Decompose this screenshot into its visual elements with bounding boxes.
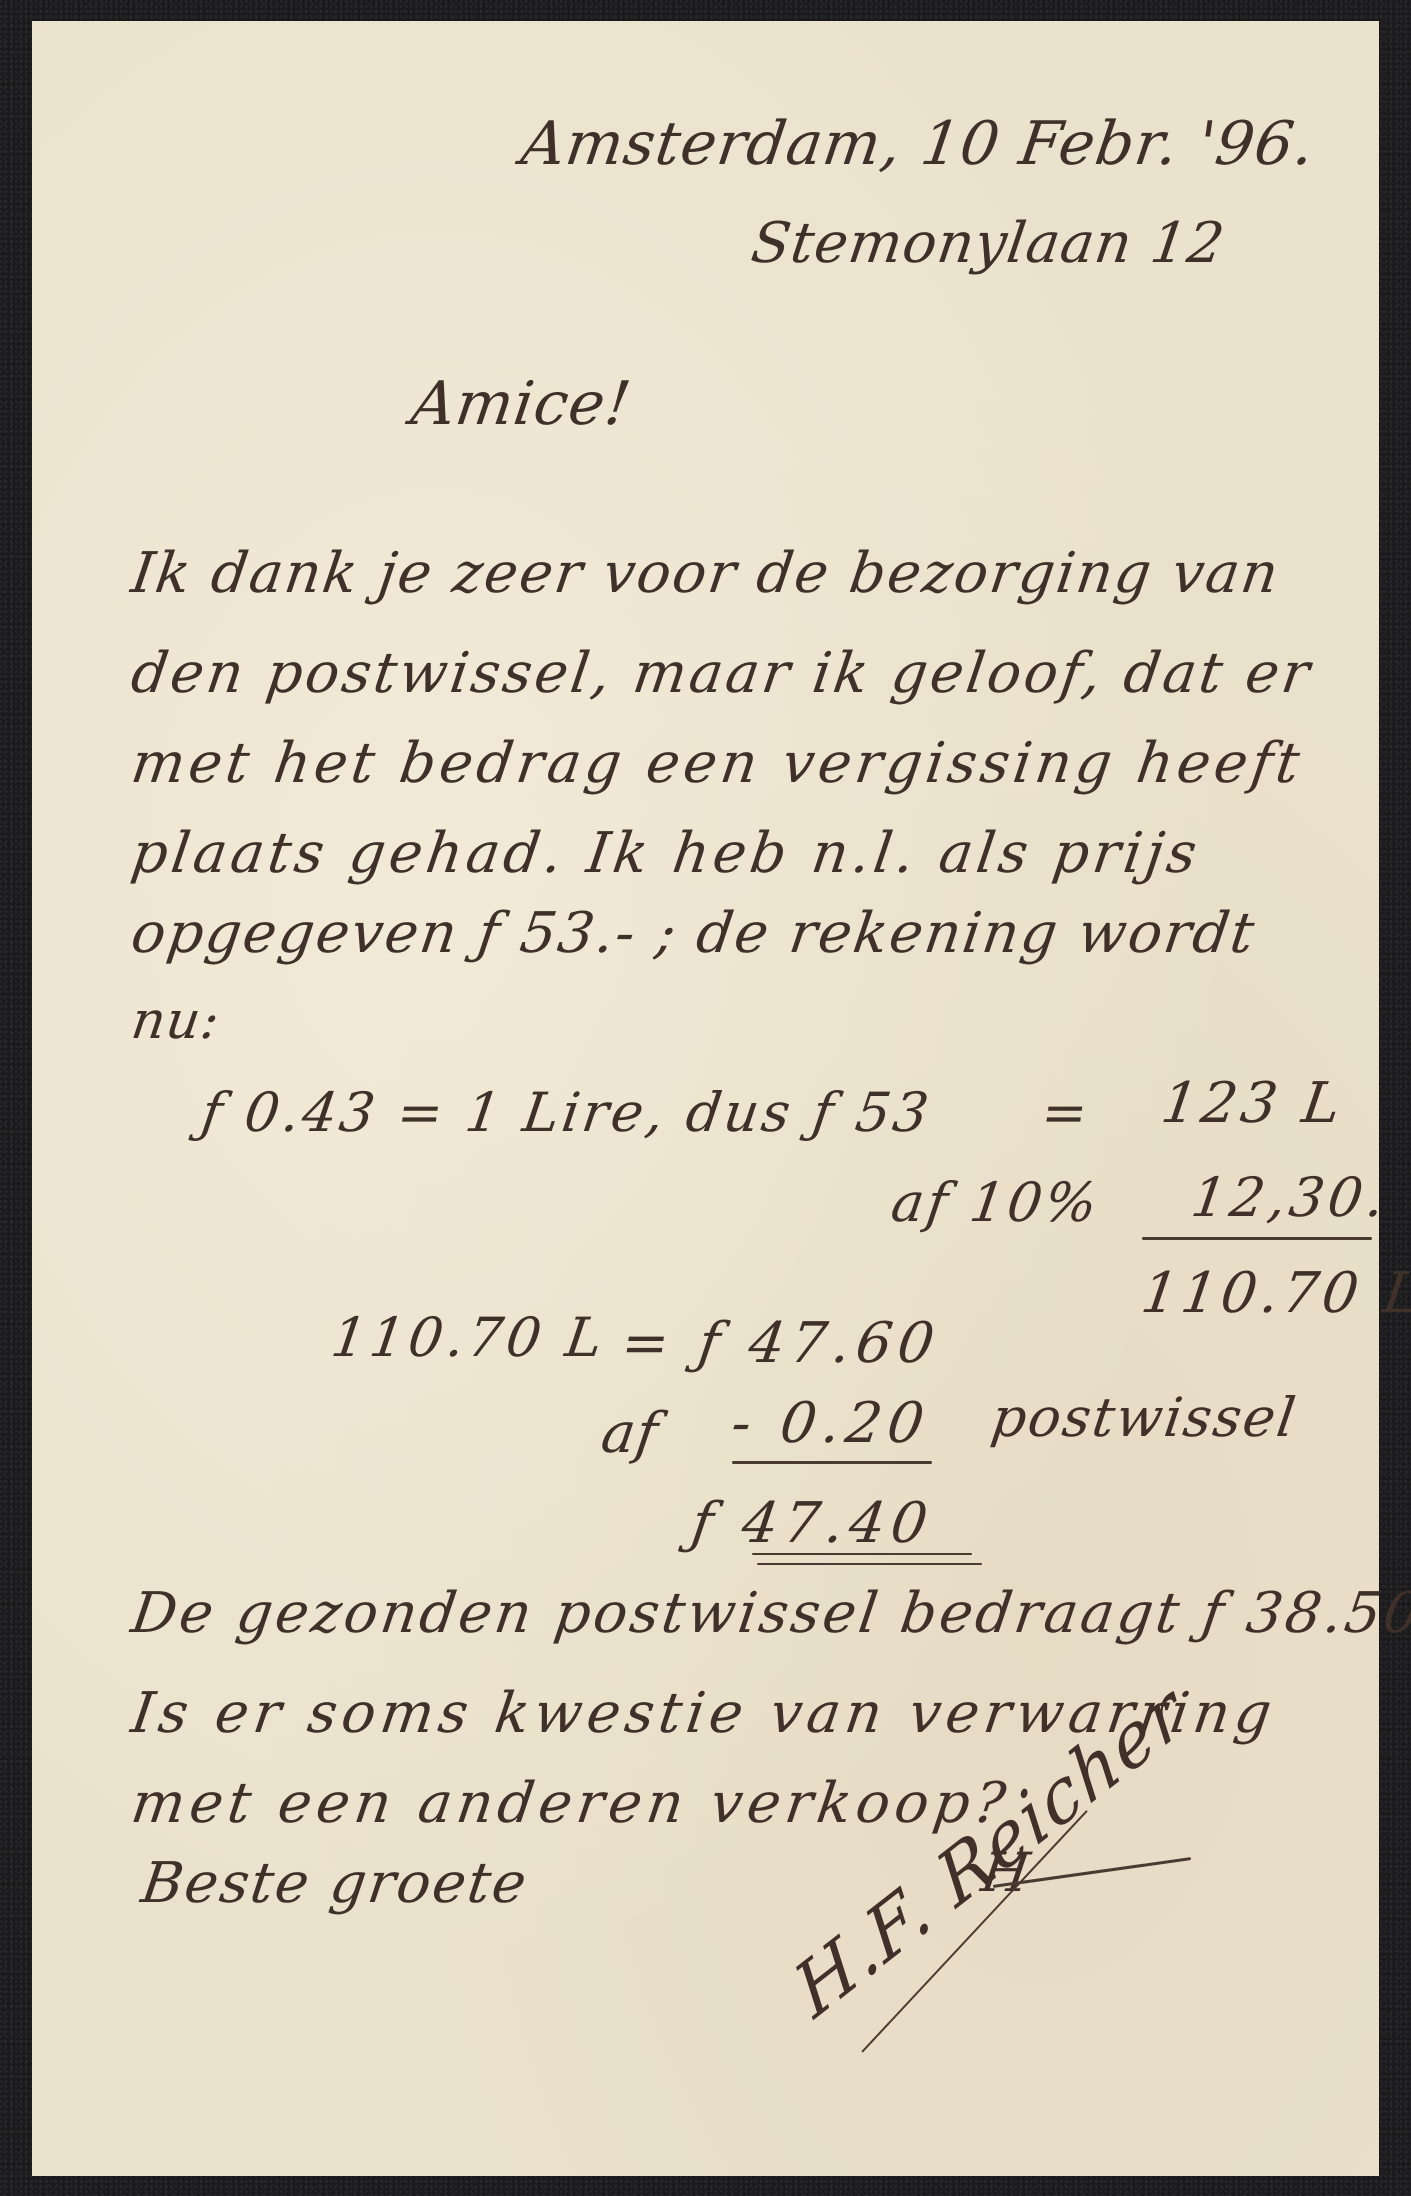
calc-line-1-eq: = bbox=[1038, 1081, 1093, 1144]
body-line-3: met het bedrag een vergissing heeft bbox=[127, 731, 1307, 796]
place-date: Amsterdam, 10 Febr. '96. bbox=[517, 109, 1319, 179]
calc-line-5-note: postwissel bbox=[988, 1386, 1301, 1449]
calc-line-1-left: ƒ 0.43 = 1 Lire, dus ƒ 53 bbox=[198, 1081, 936, 1144]
letter-paper: Amsterdam, 10 Febr. '96. Stemonylaan 12 … bbox=[32, 21, 1379, 2176]
calc-line-4-eq: = ƒ 47.60 bbox=[617, 1311, 944, 1376]
closing-line-3: met een anderen verkoop? bbox=[127, 1771, 1014, 1836]
body-line-1: Ik dank je zeer voor de bezorging van bbox=[127, 541, 1284, 606]
body-line-6: nu: bbox=[128, 991, 224, 1051]
calc-total-underline-1 bbox=[752, 1553, 972, 1555]
calc-line-5-value: - 0.20 bbox=[727, 1391, 934, 1456]
calc-line-4-left: 110.70 L bbox=[328, 1306, 611, 1369]
calc-total-underline-2 bbox=[757, 1563, 982, 1565]
body-line-5: opgegeven ƒ 53.- ; de rekening wordt bbox=[127, 901, 1260, 966]
salutation: Amice! bbox=[407, 369, 635, 439]
calc-line-6-total: ƒ 47.40 bbox=[687, 1491, 937, 1556]
closing-line-1: De gezonden postwissel bedraagt ƒ 38.50. bbox=[127, 1581, 1411, 1646]
calc-line-2-label: af 10% bbox=[888, 1171, 1104, 1234]
body-line-2: den postwissel, maar ik geloof, dat er bbox=[127, 641, 1316, 706]
calc-line-5-label: af bbox=[597, 1401, 662, 1466]
calc-rule-1 bbox=[1142, 1237, 1372, 1240]
calc-line-2-value: 12,30. bbox=[1188, 1166, 1393, 1229]
calc-rule-2 bbox=[732, 1461, 932, 1464]
calc-line-3-result: 110.70 L bbox=[1137, 1261, 1411, 1326]
calc-line-1-result: 123 L bbox=[1157, 1071, 1348, 1136]
body-line-4: plaats gehad. Ik heb n.l. als prijs bbox=[127, 821, 1204, 886]
address: Stemonylaan 12 bbox=[747, 211, 1228, 276]
closing-greeting: Beste groete bbox=[137, 1851, 532, 1916]
